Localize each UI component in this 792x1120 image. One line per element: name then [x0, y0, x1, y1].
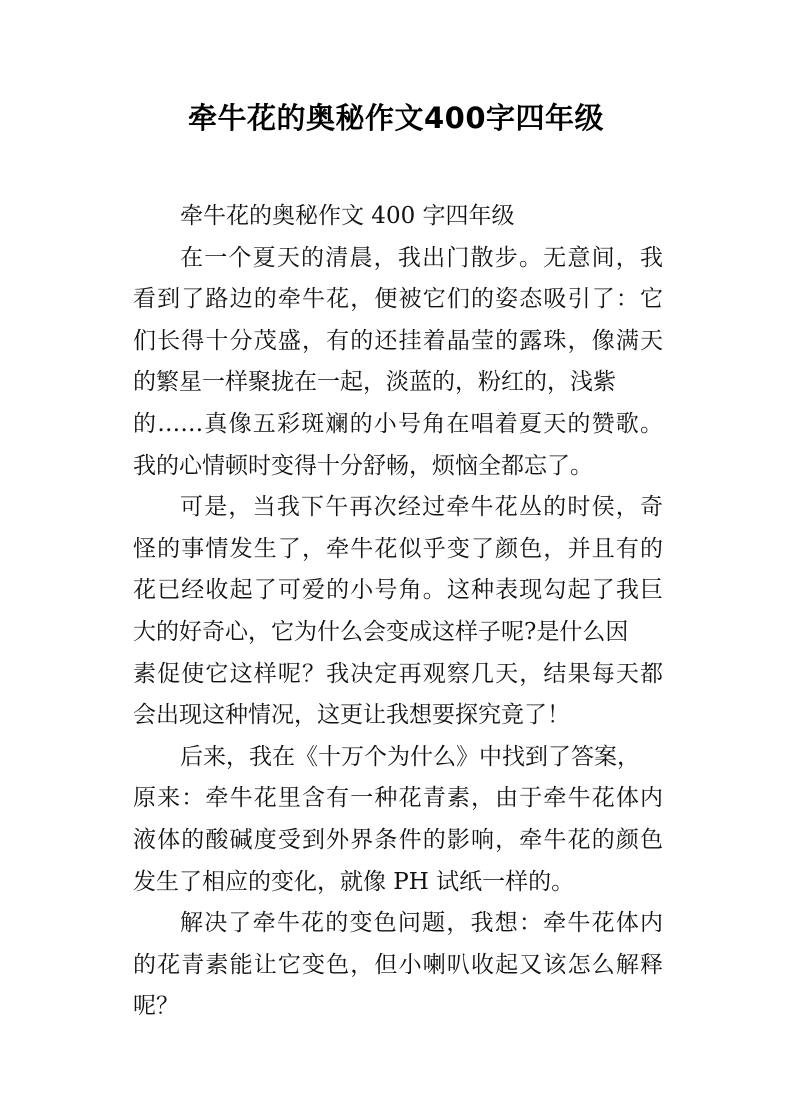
paragraph-1-line-5: 的……真像五彩斑斓的小号角在唱着夏天的赞歌。	[133, 404, 663, 446]
paragraph-4-line-3: 呢？	[133, 986, 663, 1028]
paragraph-3-line-1: 后来，我在《十万个为什么》中找到了答案，	[133, 737, 663, 779]
paragraph-2-line-5: 素促使它这样呢？我决定再观察几天，结果每天都	[133, 654, 663, 696]
paragraph-2-line-4: 大的好奇心，它为什么会变成这样子呢?是什么因	[133, 612, 663, 654]
paragraph-1-line-4: 的繁星一样聚拢在一起，淡蓝的，粉红的，浅紫	[133, 362, 663, 404]
paragraph-4-line-1: 解决了牵牛花的变色问题，我想：牵牛花体内	[133, 903, 663, 945]
paragraph-2-line-6: 会出现这种情况，这更让我想要探究竟了！	[133, 695, 663, 737]
paragraph-1-line-3: 们长得十分茂盛，有的还挂着晶莹的露珠，像满天	[133, 321, 663, 363]
paragraph-3-line-2: 原来：牵牛花里含有一种花青素，由于牵牛花体内	[133, 778, 663, 820]
paragraph-1-line-6: 我的心情顿时变得十分舒畅，烦恼全都忘了。	[133, 446, 663, 488]
document-title: 牵牛花的奥秘作文400字四年级	[0, 96, 792, 137]
document-body: 牵牛花的奥秘作文 400 字四年级 在一个夏天的清晨，我出门散步。无意间，我 看…	[133, 196, 663, 1028]
paragraph-2-line-2: 怪的事情发生了，牵牛花似乎变了颜色，并且有的	[133, 529, 663, 571]
paragraph-1-line-1: 在一个夏天的清晨，我出门散步。无意间，我	[133, 238, 663, 280]
paragraph-3-line-3: 液体的酸碱度受到外界条件的影响，牵牛花的颜色	[133, 820, 663, 862]
paragraph-4-line-2: 的花青素能让它变色，但小喇叭收起又该怎么解释	[133, 945, 663, 987]
paragraph-2-line-3: 花已经收起了可爱的小号角。这种表现勾起了我巨	[133, 570, 663, 612]
subtitle-line: 牵牛花的奥秘作文 400 字四年级	[133, 196, 663, 238]
paragraph-3-line-4: 发生了相应的变化，就像 PH 试纸一样的。	[133, 862, 663, 904]
paragraph-2-line-1: 可是，当我下午再次经过牵牛花丛的时侯，奇	[133, 487, 663, 529]
document-page: 牵牛花的奥秘作文400字四年级 牵牛花的奥秘作文 400 字四年级 在一个夏天的…	[0, 0, 792, 1120]
paragraph-1-line-2: 看到了路边的牵牛花，便被它们的姿态吸引了：它	[133, 279, 663, 321]
